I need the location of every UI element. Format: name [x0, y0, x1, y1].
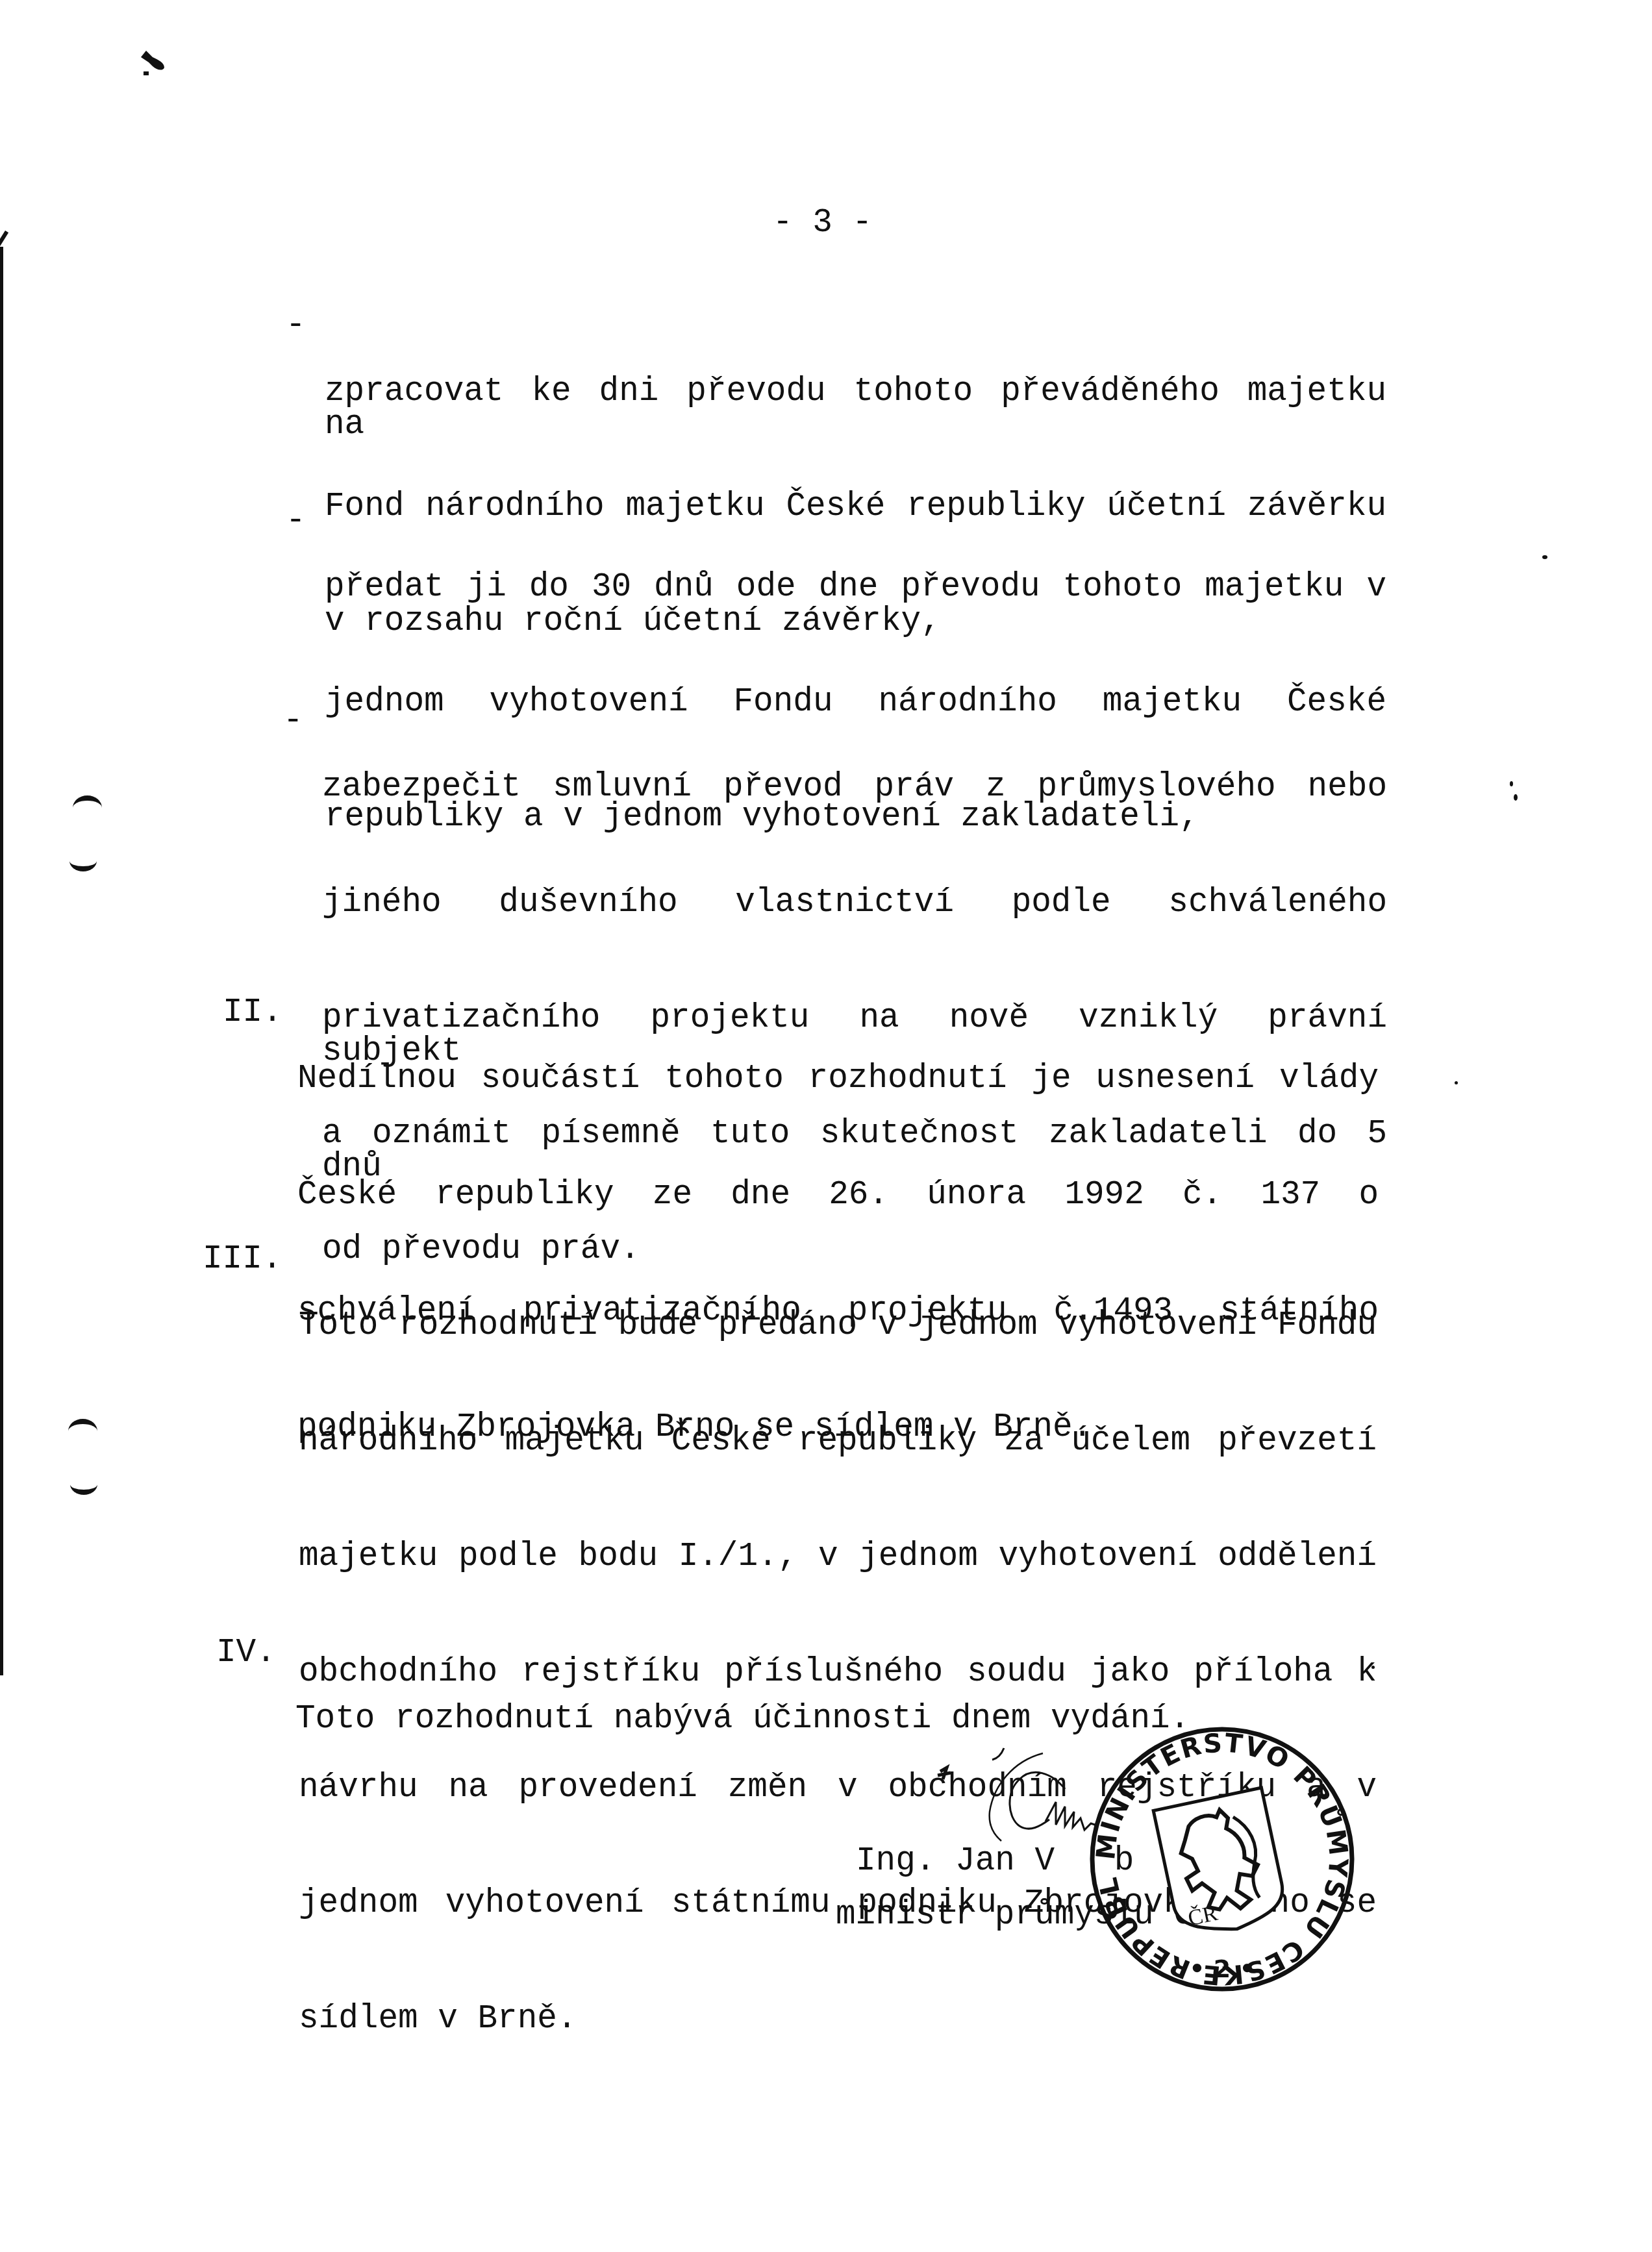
scan-speck — [1542, 555, 1547, 559]
official-stamp: MINISTERSTVO PRŮMYSLU ČESKÉ REPUBLIKY • … — [1086, 1723, 1358, 1996]
stamp-number: • 2 • — [1189, 1955, 1255, 1983]
scan-edge — [0, 247, 3, 1675]
text-line: předat ji do 30 dnů ode dne převodu toho… — [325, 571, 1386, 619]
text-line: jiného duševního vlastnictví podle schvá… — [322, 886, 1387, 936]
punch-hole-mark — [73, 795, 102, 820]
text-line: sídlem v Brně. — [299, 2003, 1377, 2052]
text-line: majetku podle bodu I./1., v jednom vyhot… — [299, 1540, 1377, 1590]
punch-hole-mark — [70, 1474, 97, 1495]
text-line: zpracovat ke dni převodu tohoto převáděn… — [325, 375, 1386, 424]
bullet-dash: - — [286, 309, 306, 342]
bullet-dash: - — [283, 705, 303, 738]
document-page: - 3 - - zpracovat ke dni převodu tohoto … — [0, 0, 1652, 2252]
coat-of-arms-icon: ČR — [1153, 1788, 1289, 1941]
scan-speck — [1510, 781, 1513, 786]
text-line: národního majetku České republiky za úče… — [299, 1425, 1377, 1474]
text-line: zabezpečit smluvní převod práv z průmysl… — [322, 771, 1387, 820]
scan-mark — [127, 45, 172, 84]
section-numeral: III. — [203, 1243, 282, 1276]
text-line: České republiky ze dne 26. února 1992 č.… — [297, 1179, 1379, 1229]
scan-speck — [1455, 1081, 1458, 1084]
text-line: Toto rozhodnutí bude předáno v jednom vy… — [299, 1309, 1377, 1358]
punch-hole-mark — [69, 851, 97, 871]
section-numeral: II. — [223, 996, 282, 1029]
bullet-dash: - — [286, 505, 306, 538]
section-numeral: IV. — [216, 1636, 276, 1670]
scan-speck — [1514, 794, 1518, 801]
punch-hole-mark — [68, 1419, 97, 1444]
text-line: Nedílnou součástí tohoto rozhodnutí je u… — [297, 1062, 1379, 1112]
page-number: - 3 - — [773, 206, 872, 240]
